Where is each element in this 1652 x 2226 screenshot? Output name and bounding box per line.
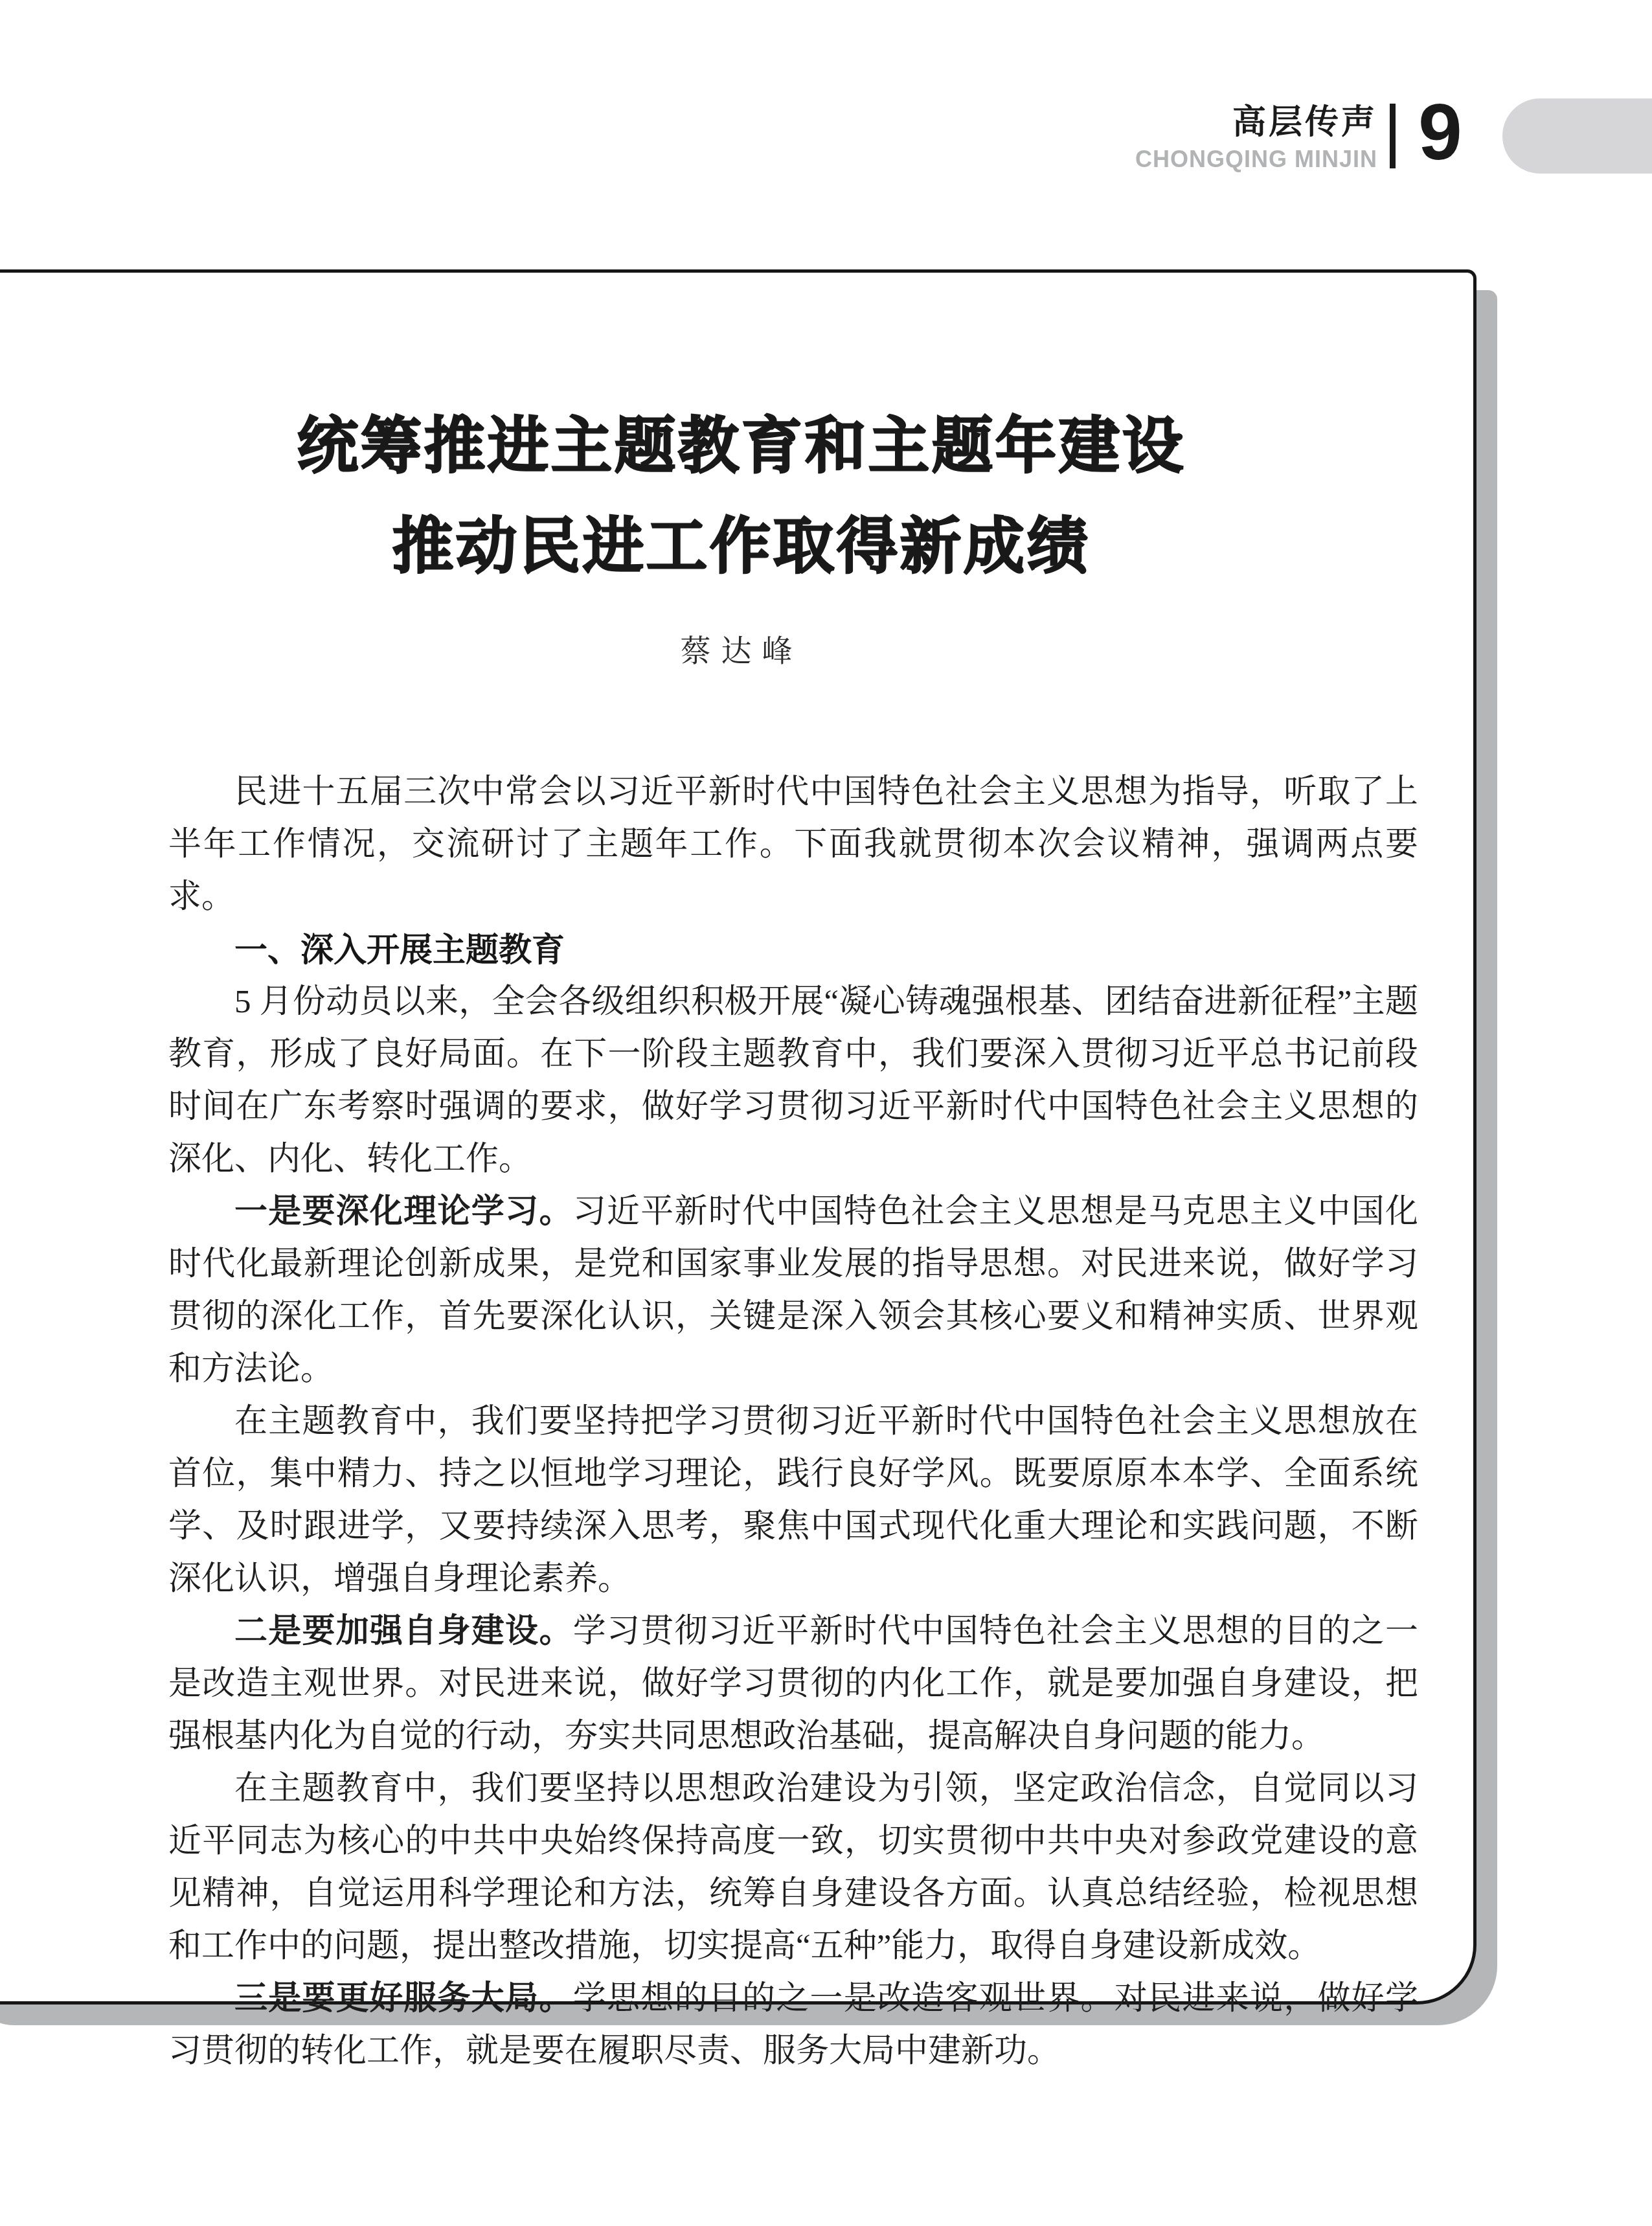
article-title-line1: 统筹推进主题教育和主题年建设: [3, 396, 1480, 496]
body-paragraph: 三是要更好服务大局。学思想的目的之一是改造客观世界。对民进来说，做好学习贯彻的转…: [168, 1973, 1418, 2078]
paragraph-lead-in: 一是要深化理论学习。: [234, 1194, 573, 1230]
body-paragraph: 民进十五届三次中常会以习近平新时代中国特色社会主义思想为指导，听取了上半年工作情…: [168, 766, 1418, 924]
paragraph-lead-in: 三是要更好服务大局。: [234, 1981, 573, 2017]
article-card: 统筹推进主题教育和主题年建设 推动民进工作取得新成绩 蔡达峰 民进十五届三次中常…: [0, 269, 1477, 2005]
corner-tab-decoration: [1502, 98, 1652, 174]
article-title-line2: 推动民进工作取得新成绩: [3, 496, 1480, 596]
journal-page: 高层传声 CHONGQING MINJIN 9 统筹推进主题教育和主题年建设 推…: [0, 0, 1652, 2226]
header-divider-bar: [1390, 104, 1396, 168]
article-card-inner: 统筹推进主题教育和主题年建设 推动民进工作取得新成绩 蔡达峰 民进十五届三次中常…: [3, 273, 1480, 2001]
body-paragraph: 在主题教育中，我们要坚持把学习贯彻习近平新时代中国特色社会主义思想放在首位，集中…: [168, 1396, 1418, 1606]
body-paragraph: 5 月份动员以来，全会各级组织积极开展“凝心铸魂强根基、团结奋进新征程”主题教育…: [168, 976, 1418, 1186]
header-section-title: 高层传声: [1232, 104, 1377, 141]
body-paragraph: 一是要深化理论学习。习近平新时代中国特色社会主义思想是马克思主义中国化时代化最新…: [168, 1186, 1418, 1396]
body-paragraph: 在主题教育中，我们要坚持以思想政治建设为引领，坚定政治信念，自觉同以习近平同志为…: [168, 1763, 1418, 1973]
header-section-subtitle: CHONGQING MINJIN: [1135, 146, 1377, 172]
article-title: 统筹推进主题教育和主题年建设 推动民进工作取得新成绩: [3, 396, 1480, 596]
page-number: 9: [1418, 96, 1462, 168]
paragraph-lead-in: 二是要加强自身建设。: [234, 1613, 573, 1650]
section-heading: 一、深入开展主题教育: [168, 924, 1418, 976]
article-author: 蔡达峰: [3, 632, 1480, 671]
article-body: 民进十五届三次中常会以习近平新时代中国特色社会主义思想为指导，听取了上半年工作情…: [168, 766, 1418, 2078]
body-paragraph: 二是要加强自身建设。学习贯彻习近平新时代中国特色社会主义思想的目的之一是改造主观…: [168, 1606, 1418, 1763]
